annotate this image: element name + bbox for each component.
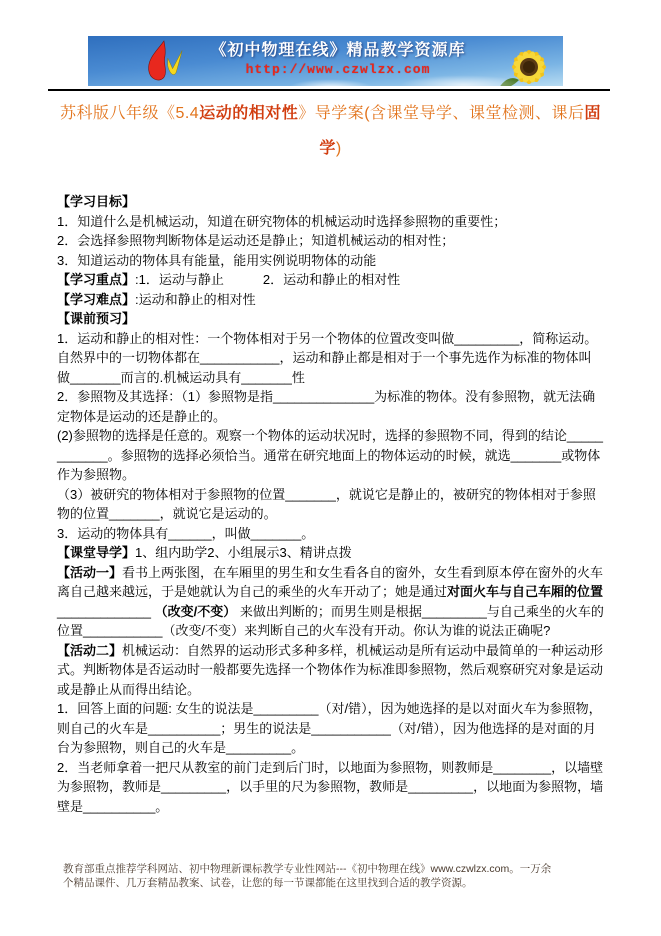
paragraph: 【学习目标】 [57, 192, 604, 212]
paragraph-run: :1．运动与静止 2．运动和静止的相对性 [135, 272, 400, 287]
paragraph-bold-run: （改变/不变） [155, 604, 237, 619]
title-run: ) [336, 140, 342, 157]
paragraph-run: 2．当老师拿着一把尺从教室的前门走到后门时，以地面为参照物，则教师是______… [57, 760, 603, 814]
paragraph: 2．参照物及其选择：（1）参照物是指______________为标准的物体。没… [57, 387, 604, 426]
paragraph-run: :运动和静止的相对性 [135, 292, 256, 307]
paragraph-bold-run: 【学习难点】 [57, 292, 135, 307]
paragraph-run: 1、组内助学2、小组展示3、精讲点拨 [135, 545, 352, 560]
flame-check-logo-icon [140, 39, 186, 85]
paragraph-bold-run: 【课前预习】 [57, 311, 135, 326]
paragraph-run: 1．回答上面的问题: 女生的说法是_________（对/错），因为她选择的是以… [57, 701, 602, 755]
paragraph: 2．会选择参照物判断物体是运动还是静止；知道机械运动的相对性； [57, 231, 604, 251]
paragraph: 1．回答上面的问题: 女生的说法是_________（对/错），因为她选择的是以… [57, 699, 604, 758]
paragraph: 【课堂导学】1、组内助学2、小组展示3、精讲点拨 [57, 543, 604, 563]
site-url: http://www.czwlzx.com [246, 62, 431, 78]
paragraph-bold-run: 对面火车与自己车厢的位置 [447, 584, 603, 599]
paragraph: 1．运动和静止的相对性：一个物体相对于另一个物体的位置改变叫做_________… [57, 329, 604, 388]
title-run: 苏科版八年级《5.4 [60, 105, 199, 122]
paragraph-bold-run: 【课堂导学】 [57, 545, 135, 560]
paragraph: 【活动二】机械运动：自然界的运动形式多种多样，机械运动是所有运动中最简单的一种运… [57, 641, 604, 700]
document-body: 【学习目标】1．知道什么是机械运动，知道在研究物体的机械运动时选择参照物的重要性… [57, 192, 604, 816]
paragraph-run: 1．运动和静止的相对性：一个物体相对于另一个物体的位置改变叫做_________… [57, 331, 597, 385]
site-title: 《初中物理在线》精品教学资源库 [210, 40, 465, 62]
paragraph: 2．当老师拿着一把尺从教室的前门走到后门时，以地面为参照物，则教师是______… [57, 758, 604, 817]
paragraph: 3．运动的物体具有______，叫做_______。 [57, 524, 604, 544]
paragraph-bold-run: 【活动二】 [57, 643, 122, 658]
paragraph-run: 3．运动的物体具有______，叫做_______。 [57, 526, 314, 541]
sunflower-icon [497, 40, 559, 86]
paragraph: 【活动一】看书上两张图，在车厢里的男生和女生看各自的窗外，女生看到原本停在窗外的… [57, 563, 604, 641]
paragraph: 【学习重点】:1．运动与静止 2．运动和静止的相对性 [57, 270, 604, 290]
paragraph: (2)参照物的选择是任意的。观察一个物体的运动状况时，选择的参照物不同，得到的结… [57, 426, 604, 485]
document-content: 苏科版八年级《5.4运动的相对性》导学案(含课堂导学、课堂检测、课后固学) 【学… [57, 96, 604, 816]
paragraph-bold-run: 【学习重点】 [57, 272, 135, 287]
worksheet-page: 《初中物理在线》精品教学资源库 http://www.czwlzx.com [0, 0, 661, 936]
paragraph-bold-run: 【学习目标】 [57, 194, 135, 209]
paragraph-run: _____________ [57, 604, 155, 619]
paragraph-run: （3）被研究的物体相对于参照物的位置_______，就说它是静止的，被研究的物体… [57, 487, 596, 522]
paragraph: （3）被研究的物体相对于参照物的位置_______，就说它是静止的，被研究的物体… [57, 485, 604, 524]
paragraph-run: 2．参照物及其选择：（1）参照物是指______________为标准的物体。没… [57, 389, 595, 424]
paragraph-run: 1．知道什么是机械运动，知道在研究物体的机械运动时选择参照物的重要性； [57, 214, 506, 229]
paragraph-run: 3．知道运动的物体具有能量，能用实例说明物体的动能 [57, 253, 376, 268]
site-banner: 《初中物理在线》精品教学资源库 http://www.czwlzx.com [88, 36, 563, 86]
title-bold-run: 运动的相对性 [199, 105, 298, 122]
paragraph-run: 机械运动：自然界的运动形式多种多样，机械运动是所有运动中最简单的一种运动形式。判… [57, 643, 603, 697]
title-run: 》导学案(含课堂导学、课堂检测、课后 [298, 105, 584, 122]
paragraph: 【学习难点】:运动和静止的相对性 [57, 290, 604, 310]
document-title: 苏科版八年级《5.4运动的相对性》导学案(含课堂导学、课堂检测、课后固学) [57, 96, 604, 166]
paragraph: 1．知道什么是机械运动，知道在研究物体的机械运动时选择参照物的重要性； [57, 212, 604, 232]
header-divider [48, 89, 610, 91]
page-footer-note: 教育部重点推荐学科网站、初中物理新课标教学专业性网站---《初中物理在线》www… [63, 863, 560, 890]
paragraph: 【课前预习】 [57, 309, 604, 329]
paragraph-run: (2)参照物的选择是任意的。观察一个物体的运动状况时，选择的参照物不同，得到的结… [57, 428, 603, 482]
paragraph-bold-run: 【活动一】 [57, 565, 122, 580]
paragraph: 3．知道运动的物体具有能量，能用实例说明物体的动能 [57, 251, 604, 271]
paragraph-run: 2．会选择参照物判断物体是运动还是静止；知道机械运动的相对性； [57, 233, 454, 248]
